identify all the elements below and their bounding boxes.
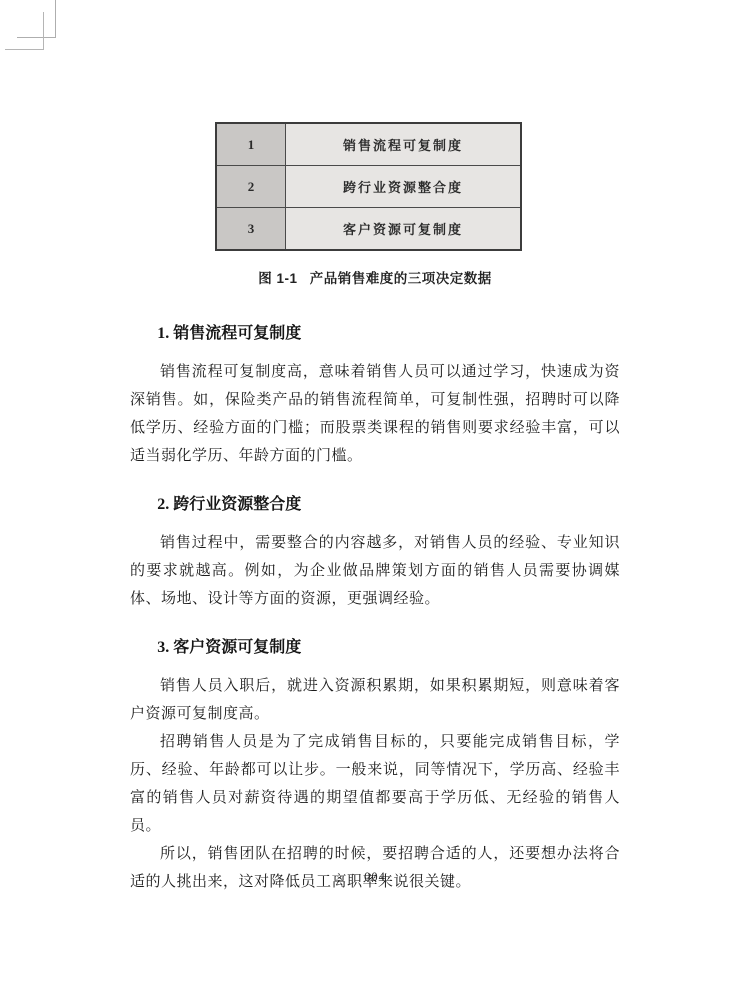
table-cell-number: 3 — [216, 208, 286, 251]
table-row: 3 客户资源可复制度 — [216, 208, 521, 251]
figure-caption-text: 产品销售难度的三项决定数据 — [310, 271, 492, 286]
figure-caption-number: 图 1-1 — [258, 271, 297, 286]
page-content: 1 销售流程可复制度 2 跨行业资源整合度 3 客户资源可复制度 图 1-1产品… — [130, 122, 620, 896]
table-cell-number: 1 — [216, 123, 286, 166]
section-heading-2: 2. 跨行业资源整合度 — [130, 494, 620, 516]
figure-caption: 图 1-1产品销售难度的三项决定数据 — [130, 267, 620, 287]
body-sections: 1. 销售流程可复制度 销售流程可复制度高，意味着销售人员可以通过学习，快速成为… — [130, 323, 620, 896]
section-heading-1: 1. 销售流程可复制度 — [130, 323, 620, 345]
table-row: 1 销售流程可复制度 — [216, 123, 521, 166]
paragraph: 销售人员入职后，就进入资源积累期，如果积累期短，则意味着客户资源可复制度高。 — [130, 672, 620, 728]
table-cell-label: 销售流程可复制度 — [286, 123, 522, 166]
table-cell-label: 跨行业资源整合度 — [286, 166, 522, 208]
section-heading-3: 3. 客户资源可复制度 — [130, 637, 620, 659]
figure-table: 1 销售流程可复制度 2 跨行业资源整合度 3 客户资源可复制度 — [215, 122, 522, 251]
table-cell-number: 2 — [216, 166, 286, 208]
paragraph: 销售过程中，需要整合的内容越多，对销售人员的经验、专业知识的要求就越高。例如，为… — [130, 529, 620, 613]
table-row: 2 跨行业资源整合度 — [216, 166, 521, 208]
book-page: 1 销售流程可复制度 2 跨行业资源整合度 3 客户资源可复制度 图 1-1产品… — [0, 0, 750, 1000]
page-number: 004 — [0, 870, 750, 885]
table-cell-label: 客户资源可复制度 — [286, 208, 522, 251]
paragraph: 所以，销售团队在招聘的时候，要招聘合适的人，还要想办法将合适的人挑出来，这对降低… — [130, 840, 620, 896]
paragraph: 销售流程可复制度高，意味着销售人员可以通过学习，快速成为资深销售。如，保险类产品… — [130, 358, 620, 470]
paragraph: 招聘销售人员是为了完成销售目标的，只要能完成销售目标，学历、经验、年龄都可以让步… — [130, 728, 620, 840]
